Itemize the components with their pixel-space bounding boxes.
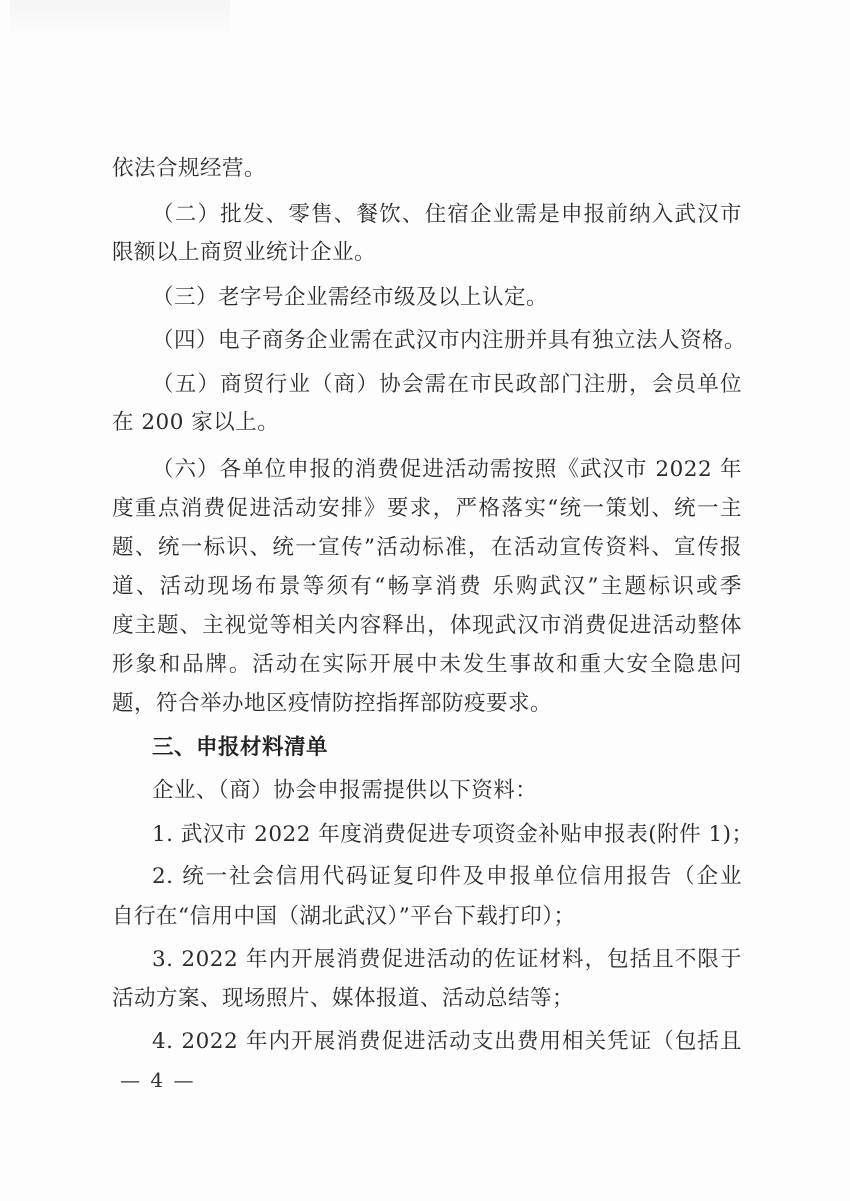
paragraph-line: （四）电子商务企业需在武汉市内注册并具有独立法人资格。 [152,326,742,356]
paragraph-line: （二）批发、零售、餐饮、住宿企业需是申报前纳入武汉市 [152,200,742,230]
paragraph-line: （五）商贸行业（商）协会需在市民政部门注册，会员单位 [152,370,742,400]
page-number: — 4 — [120,1067,195,1093]
paragraph-line: 题、统一标识、统一宣传”活动标准，在活动宣传资料、宣传报 [112,533,742,563]
paragraph-line: （六）各单位申报的消费促进活动需按照《武汉市 2022 年 [152,455,742,485]
list-item-line: 1. 武汉市 2022 年度消费促进专项资金补贴申报表(附件 1)； [152,820,742,850]
section-heading: 三、申报材料清单 [152,733,742,763]
list-item-line: 4. 2022 年内开展消费促进活动支出费用相关凭证（包括且 [152,1027,742,1057]
list-item-line: 3. 2022 年内开展消费促进活动的佐证材料，包括且不限于 [152,945,742,975]
paragraph-line: 企业、（商）协会申报需提供以下资料： [152,776,742,806]
list-item-line: 2. 统一社会信用代码证复印件及申报单位信用报告（企业 [152,862,742,892]
paragraph-line: 题，符合举办地区疫情防控指挥部防疫要求。 [112,689,742,719]
list-item-line: 活动方案、现场照片、媒体报道、活动总结等； [112,984,742,1014]
paragraph-line: （三）老字号企业需经市级及以上认定。 [152,283,742,313]
paragraph-line: 度重点消费促进活动安排》要求，严格落实“统一策划、统一主 [112,494,742,524]
list-item-line: 自行在“信用中国（湖北武汉）”平台下载打印）； [112,902,742,932]
paragraph-line: 度主题、主视觉等相关内容释出，体现武汉市消费促进活动整体 [112,611,742,641]
document-page: 依法合规经营。 （二）批发、零售、餐饮、住宿企业需是申报前纳入武汉市 限额以上商… [0,0,850,1201]
paragraph-line: 限额以上商贸业统计企业。 [112,238,742,268]
paragraph-line: 道、活动现场布景等须有“畅享消费 乐购武汉”主题标识或季 [112,572,742,602]
paragraph-line: 形象和品牌。活动在实际开展中未发生事故和重大安全隐患问 [112,650,742,680]
paragraph-line: 在 200 家以上。 [112,408,742,438]
scan-artifact [10,0,230,40]
paragraph-line: 依法合规经营。 [112,154,742,184]
